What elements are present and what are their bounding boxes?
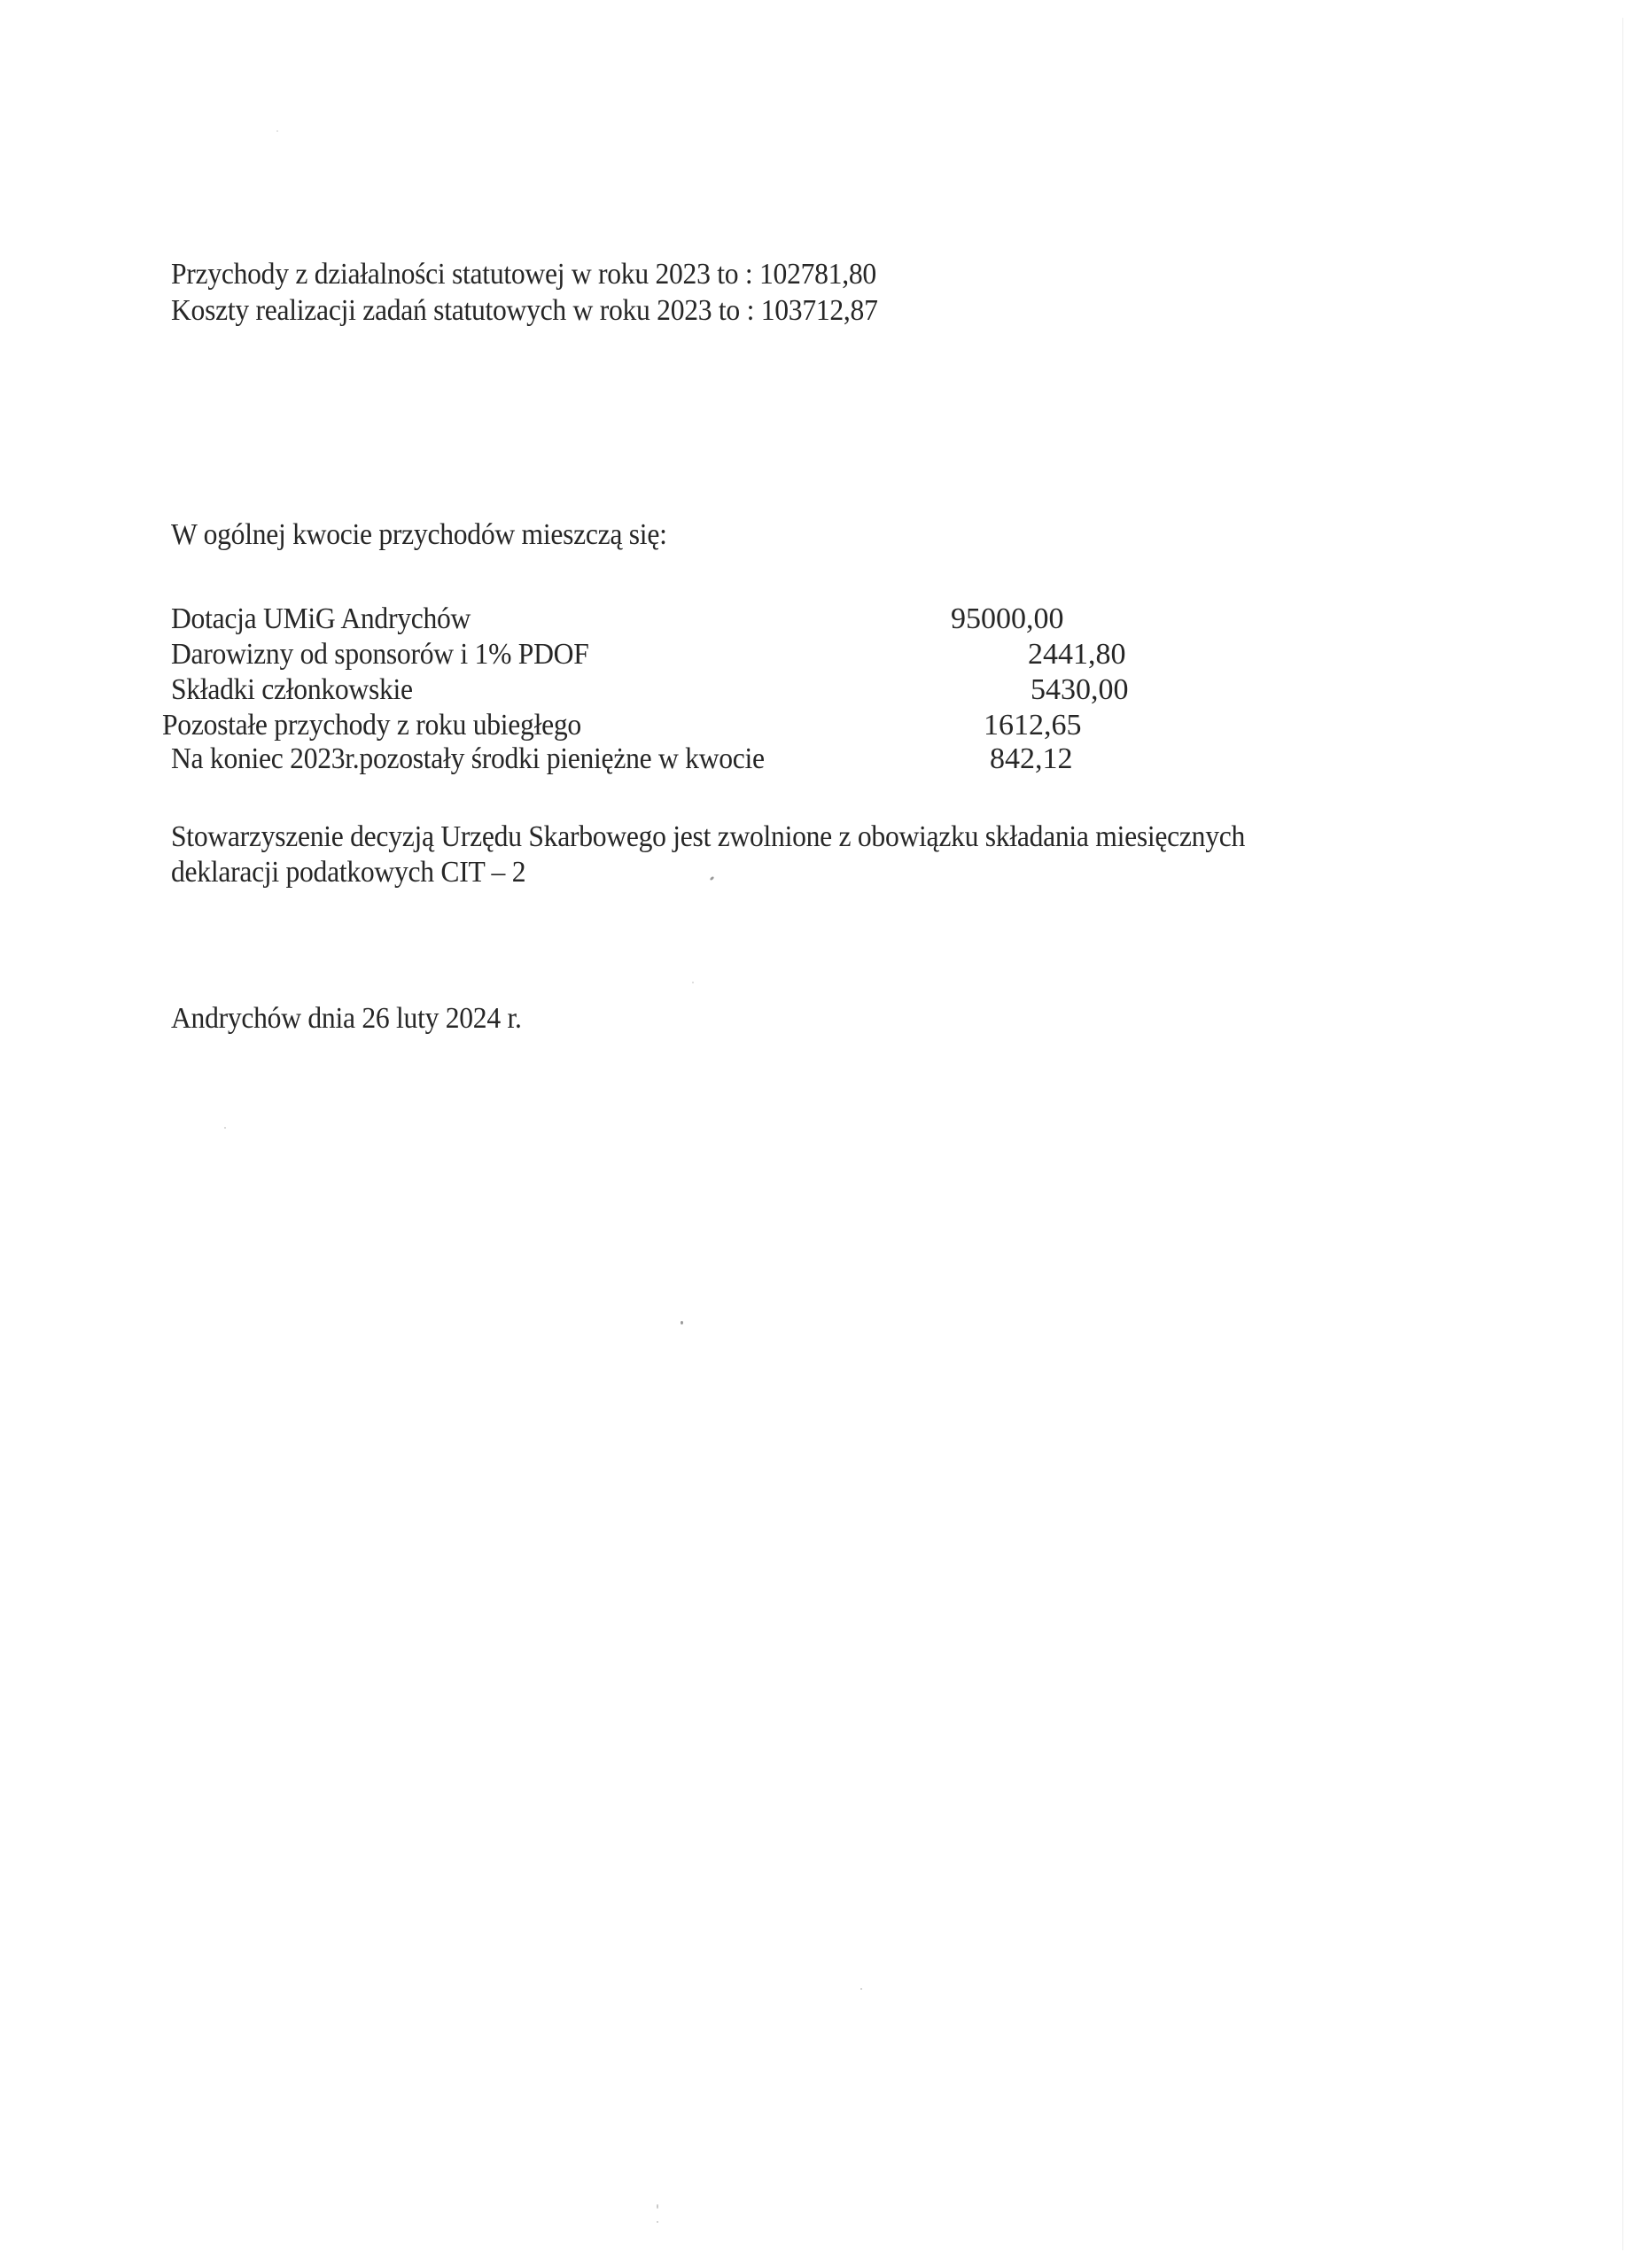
item-label: Składki członkowskie [171, 672, 413, 708]
tax-exemption-note-line-2: deklaracji podatkowych CIT – 2 [171, 855, 525, 890]
item-value: 842,12 [990, 742, 1073, 777]
place-and-date: Andrychów dnia 26 luty 2024 r. [171, 1001, 522, 1037]
item-label: Darowizny od sponsorów i 1% PDOF [171, 637, 589, 672]
scanned-document-page: Przychody z działalności statutowej w ro… [0, 0, 1649, 2268]
costs-summary-line: Koszty realizacji zadań statutowych w ro… [171, 293, 878, 329]
item-label: Pozostałe przychody z roku ubiegłego [162, 708, 581, 743]
scan-speck [692, 982, 694, 983]
tax-exemption-note-line-1: Stowarzyszenie decyzją Urzędu Skarbowego… [171, 819, 1245, 855]
item-label: Na koniec 2023r.pozostały środki pienięż… [171, 742, 765, 777]
scan-speck [710, 876, 715, 882]
scan-speck [276, 130, 278, 132]
item-value: 1612,65 [984, 708, 1082, 743]
item-value: 95000,00 [951, 602, 1064, 637]
scan-speck [681, 1321, 683, 1324]
scan-speck [657, 2204, 658, 2209]
revenue-breakdown-heading: W ogólnej kwocie przychodów mieszczą się… [171, 517, 667, 553]
scan-speck [657, 2221, 658, 2223]
scan-speck [224, 1127, 226, 1129]
scan-edge-line [1622, 18, 1623, 2250]
item-value: 5430,00 [1031, 672, 1129, 708]
scan-speck [860, 1988, 862, 1990]
revenue-summary-line: Przychody z działalności statutowej w ro… [171, 257, 876, 292]
item-label: Dotacja UMiG Andrychów [171, 602, 471, 637]
item-value: 2441,80 [1028, 637, 1126, 672]
